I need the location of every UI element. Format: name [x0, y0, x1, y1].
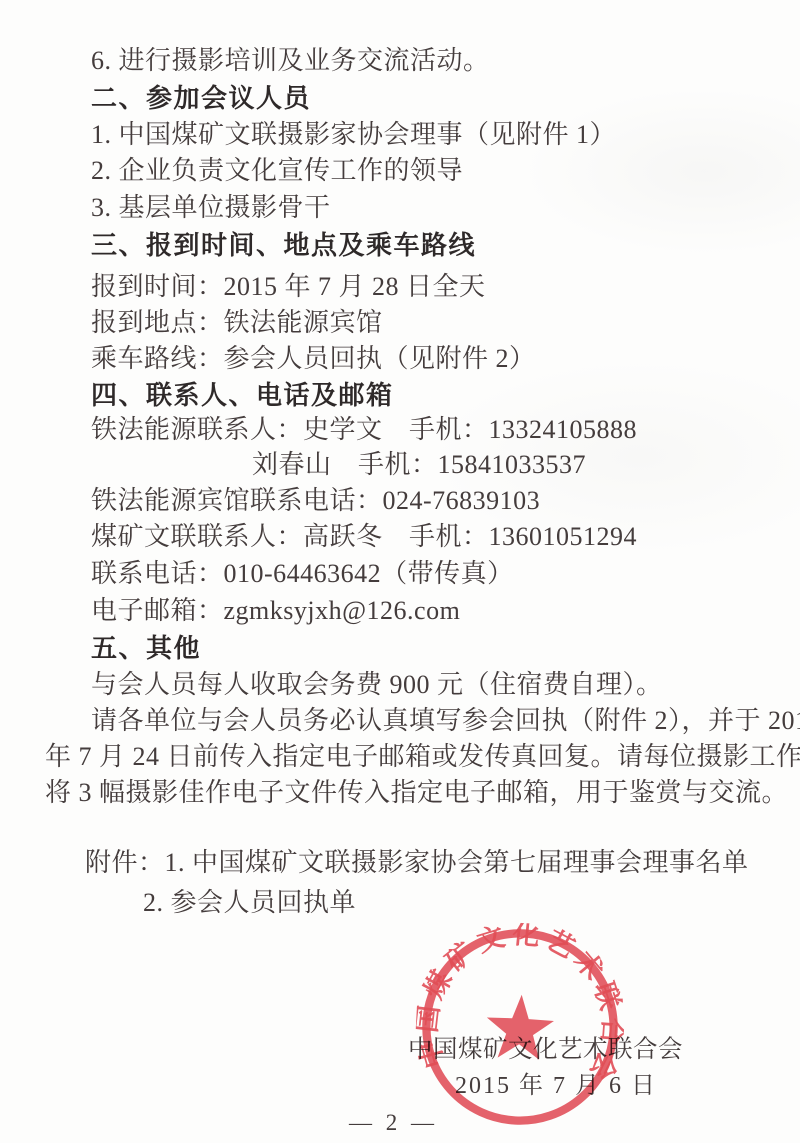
- doc-line: 2. 企业负责文化宣传工作的领导: [91, 156, 463, 186]
- star-icon: [485, 993, 555, 1060]
- doc-line: 1. 中国煤矿文联摄影家协会理事（见附件 1）: [91, 120, 616, 150]
- doc-line: 报到时间：2015 年 7 月 28 日全天: [91, 272, 486, 302]
- section-heading-2: 二、参加会议人员: [91, 83, 311, 113]
- section-heading-3: 三、报到时间、地点及乘车路线: [91, 230, 476, 260]
- contact-line: 铁法能源宾馆联系电话：024-76839103: [91, 486, 540, 516]
- email-line: 电子邮箱：zgmksyjxh@126.com: [91, 596, 460, 626]
- official-seal: 中国煤矿文化艺术联合会: [411, 918, 630, 1137]
- contact-line: 刘春山 手机：15841033537: [252, 450, 586, 480]
- section-heading-4: 四、联系人、电话及邮箱: [91, 380, 394, 410]
- attachment-line-1: 附件：1. 中国煤矿文联摄影家协会第七届理事会理事名单: [85, 848, 749, 878]
- doc-line: 与会人员每人收取会务费 900 元（住宿费自理）。: [91, 670, 663, 700]
- section-heading-5: 五、其他: [91, 633, 201, 663]
- contact-line: 铁法能源联系人：史学文 手机：13324105888: [91, 415, 637, 445]
- doc-line: 6. 进行摄影培训及业务交流活动。: [91, 46, 490, 76]
- doc-line: 请各单位与会人员务必认真填写参会回执（附件 2），并于 2015: [91, 706, 800, 736]
- scanned-notice-page: 6. 进行摄影培训及业务交流活动。 二、参加会议人员 1. 中国煤矿文联摄影家协…: [0, 0, 800, 1143]
- doc-line: 乘车路线：参会人员回执（见附件 2）: [91, 344, 536, 374]
- doc-line: 年 7 月 24 日前传入指定电子邮箱或发传真回复。请每位摄影工作者: [45, 742, 800, 772]
- contact-line: 联系电话：010-64463642（带传真）: [91, 559, 514, 589]
- doc-line: 将 3 幅摄影佳作电子文件传入指定电子邮箱，用于鉴赏与交流。: [45, 778, 788, 808]
- attachment-line-2: 2. 参会人员回执单: [143, 888, 356, 918]
- contact-line: 煤矿文联联系人：高跃冬 手机：13601051294: [91, 522, 637, 552]
- doc-line: 报到地点：铁法能源宾馆: [91, 308, 383, 338]
- doc-line: 3. 基层单位摄影骨干: [91, 193, 331, 223]
